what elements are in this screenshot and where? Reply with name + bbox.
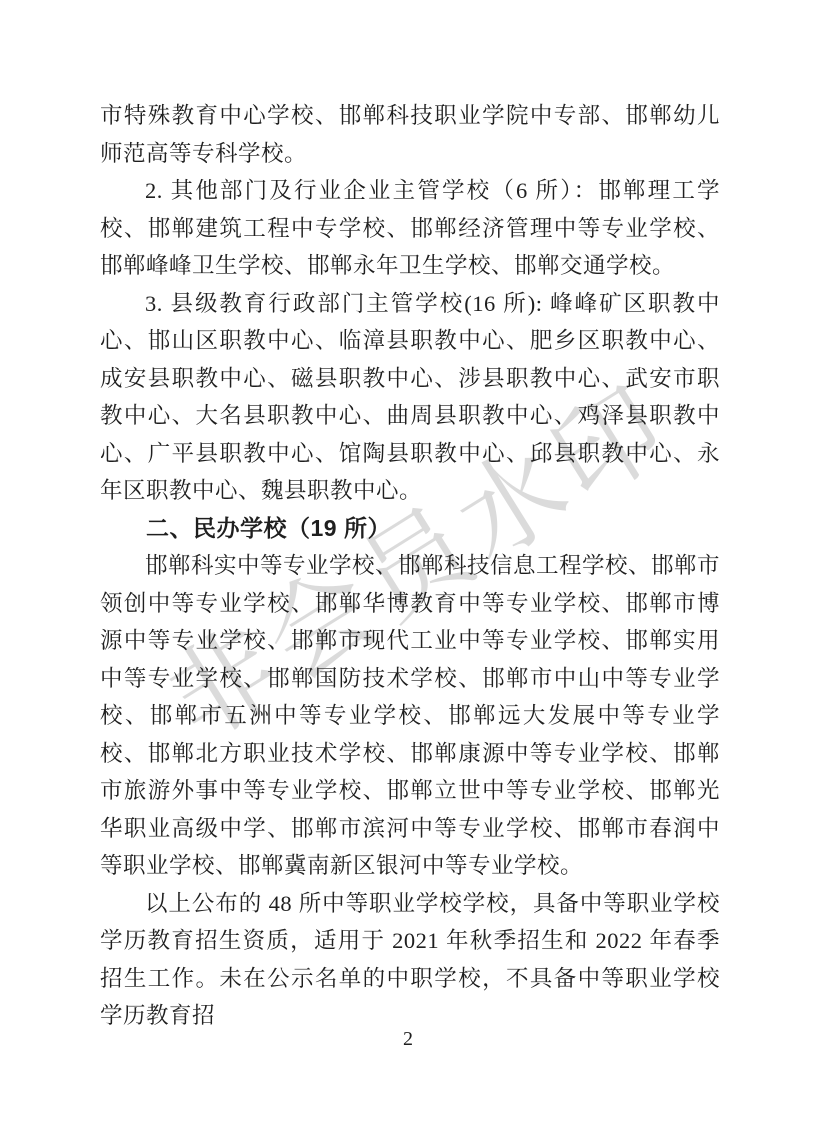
paragraph-continuation: 市特殊教育中心学校、邯郸科技职业学院中专部、邯郸幼儿师范高等专科学校。: [100, 97, 720, 172]
paragraph-item2-other-department-schools: 2. 其他部门及行业企业主管学校（6 所）：邯郸理工学校、邯郸建筑工程中专学校、…: [100, 172, 720, 285]
document-content: 市特殊教育中心学校、邯郸科技职业学院中专部、邯郸幼儿师范高等专科学校。 2. 其…: [100, 97, 720, 1035]
paragraph-closing-statement: 以上公布的 48 所中等职业学校学校，具备中等职业学校学历教育招生资质，适用于 …: [100, 885, 720, 1035]
paragraph-item3-county-schools: 3. 县级教育行政部门主管学校(16 所): 峰峰矿区职教中心、邯山区职教中心、…: [100, 285, 720, 510]
document-page: 非会员水印 市特殊教育中心学校、邯郸科技职业学院中专部、邯郸幼儿师范高等专科学校…: [0, 0, 816, 1121]
section-heading-private-schools: 二、民办学校（19 所）: [100, 510, 720, 548]
page-number: 2: [0, 1028, 816, 1051]
paragraph-private-schools-list: 邯郸科实中等专业学校、邯郸科技信息工程学校、邯郸市领创中等专业学校、邯郸华博教育…: [100, 547, 720, 885]
